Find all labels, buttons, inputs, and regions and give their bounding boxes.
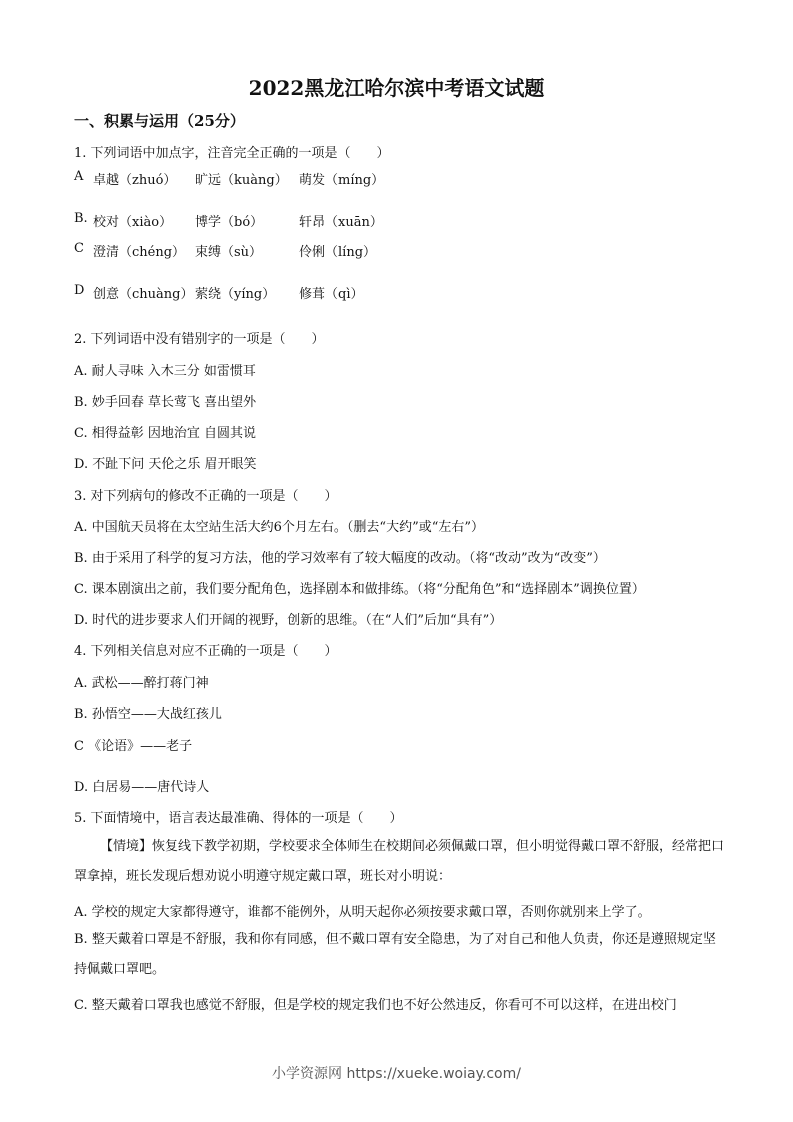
option-label: D [74, 283, 92, 298]
question-5-option-c: C. 整天戴着口罩我也感觉不舒服，但是学校的规定我们也不好公然违反，你看可不可以… [74, 994, 677, 1013]
option-label: B. [74, 211, 92, 226]
question-3-option-a: A. 中国航天员将在太空站生活大约6个月左右。（删去“大约”或“左右”） [74, 516, 484, 535]
question-2-option-a: A. 耐人寻味 入木三分 如雷惯耳 [74, 360, 256, 379]
option-item: 伶俐（líng） [299, 241, 376, 260]
option-item: 萌发（míng） [299, 169, 384, 188]
question-4-option-c: C 《论语》——老子 [74, 735, 192, 754]
question-4-stem: 4. 下列相关信息对应不正确的一项是（ ） [74, 640, 338, 659]
option-label: A [74, 169, 92, 184]
option-label: C [74, 241, 92, 256]
question-5-stem: 5. 下面情境中，语言表达最准确、得体的一项是（ ） [74, 807, 403, 826]
question-1-stem: 1. 下列词语中加点字，注音完全正确的一项是（ ） [74, 142, 390, 161]
option-item: 旷远（kuàng） [195, 169, 288, 188]
option-item: 卓越（zhuó） [93, 169, 176, 188]
question-3-option-d: D. 时代的进步要求人们开阔的视野，创新的思维。（在“人们”后加“具有”） [74, 609, 502, 628]
option-item: 校对（xiào） [93, 211, 172, 230]
question-2-option-c: C. 相得益彰 因地治宜 自圆其说 [74, 422, 256, 441]
option-item: 萦绕（yíng） [195, 283, 275, 302]
question-3-option-c: C. 课本剧演出之前，我们要分配角色，选择剧本和做排练。（将“分配角色”和“选择… [74, 578, 645, 597]
question-5-option-a: A. 学校的规定大家都得遵守，谁都不能例外，从明天起你必须按要求戴口罩，否则你就… [74, 901, 651, 920]
question-4-option-a: A. 武松——醉打蒋门神 [74, 672, 209, 691]
section-heading: 一、积累与运用（25分） [74, 110, 245, 131]
option-item: 澄清（chéng） [93, 241, 185, 260]
option-item: 束缚（sù） [195, 241, 262, 260]
question-2-option-d: D. 不趾下问 天伦之乐 眉开眼笑 [74, 453, 257, 472]
question-2-stem: 2. 下列词语中没有错别字的一项是（ ） [74, 328, 325, 347]
question-4-option-d: D. 白居易——唐代诗人 [74, 776, 209, 795]
option-item: 轩昂（xuān） [299, 211, 383, 230]
question-5-option-b: B. 整天戴着口罩是不舒服，我和你有同感，但不戴口罩有安全隐患，为了对自己和他人… [74, 925, 724, 985]
document-title: 2022黑龙江哈尔滨中考语文试题 [0, 72, 793, 101]
question-3-option-b: B. 由于采用了科学的复习方法，他的学习效率有了较大幅度的改动。（将“改动”改为… [74, 547, 606, 566]
option-item: 博学（bó） [195, 211, 263, 230]
question-3-stem: 3. 对下列病句的修改不正确的一项是（ ） [74, 485, 338, 504]
watermark-footer: 小学资源网 https://xueke.woiay.com/ [0, 1063, 793, 1083]
question-5-context: 【情境】恢复线下教学初期，学校要求全体师生在校期间必须佩戴口罩，但小明觉得戴口罩… [74, 832, 724, 892]
option-item: 修葺（qì） [299, 283, 363, 302]
question-2-option-b: B. 妙手回春 草长莺飞 喜出望外 [74, 391, 256, 410]
question-4-option-b: B. 孙悟空——大战红孩儿 [74, 703, 222, 722]
option-item: 创意（chuàng） [93, 283, 193, 302]
